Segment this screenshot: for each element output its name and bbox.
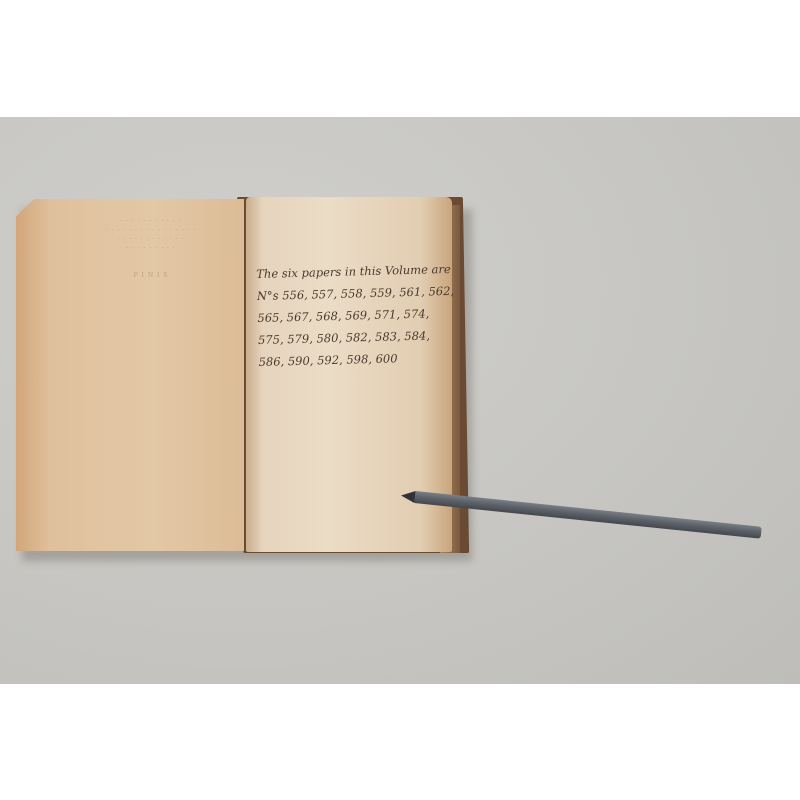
pencil-tip xyxy=(400,490,415,503)
faded-printed-text: · · · · · · · · · · · · · · · · · · · · … xyxy=(66,217,236,280)
left-page: · · · · · · · · · · · · · · · · · · · · … xyxy=(16,199,244,551)
note-line: 586, 590, 592, 598, 600 xyxy=(258,346,455,373)
photograph: · · · · · · · · · · · · · · · · · · · · … xyxy=(0,117,800,684)
handwritten-note: The six papers in this Volume are N°s 55… xyxy=(256,258,455,373)
